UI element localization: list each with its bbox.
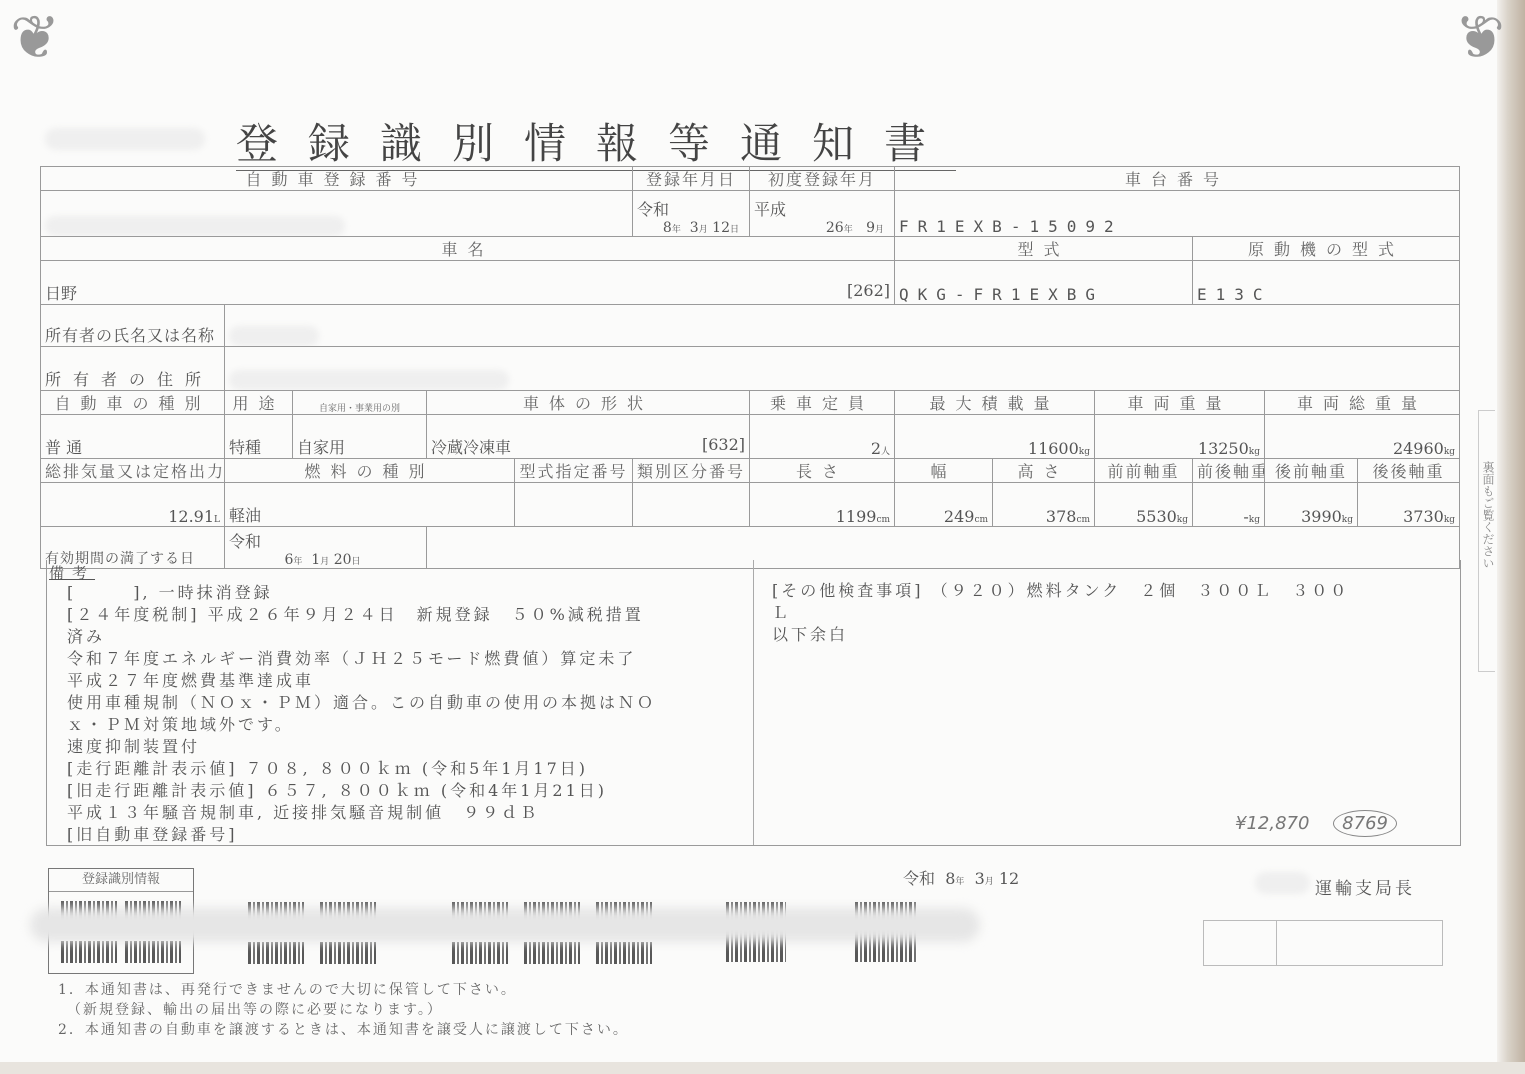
redacted-area [1255, 872, 1310, 894]
owner-name-value [225, 305, 1460, 347]
header-type-designation: 型式指定番号 [515, 459, 633, 483]
header-purpose: 用途 [225, 391, 293, 415]
model-value: QKG-FR1EXBG [895, 261, 1193, 305]
header-ff-axle: 前前軸重 [1095, 459, 1193, 483]
qr-code-icon [320, 942, 376, 964]
header-capacity: 乗車定員 [750, 391, 895, 415]
header-vehicle-class: 自動車の種別 [41, 391, 225, 415]
ornament-corner-icon: ❦ [1425, 8, 1505, 128]
text-line: Ｌ [772, 602, 1452, 624]
registration-form: 自動車登録番号 登録年月日 初度登録年月 車台番号 令和 8年 3月 12日 平… [40, 166, 1460, 569]
header-rr-axle: 後後軸重 [1358, 459, 1460, 483]
text-line: [その他検査事項] （９２０）燃料タンク ２個 ３００Ｌ ３００ [772, 580, 1452, 602]
redacted-area [45, 128, 205, 150]
handwritten-note: ¥12,870 8769 [1235, 810, 1397, 837]
header-engine-model: 原動機の型式 [1193, 237, 1460, 261]
header-displacement: 総排気量又は定格出力 [41, 459, 225, 483]
label-owner-name: 所有者の氏名又は名称 [41, 305, 225, 347]
header-length: 長さ [750, 459, 895, 483]
header-rf-axle: 後前軸重 [1265, 459, 1358, 483]
label-owner-address: 所有者の住所 [41, 347, 225, 391]
header-first-reg: 初度登録年月 [750, 167, 895, 191]
text-line: 平成１３年騒音規制車, 近接排気騒音規制値 ９９ｄＢ [67, 802, 656, 824]
first-reg-value: 平成 26年 9月 [750, 191, 895, 237]
text-line: （新規登録、輸出の届出等の際に必要になります。） [58, 1000, 629, 1020]
header-fuel-type: 燃料の種別 [225, 459, 515, 483]
type-designation-value [515, 483, 633, 527]
qr-code-icon [596, 942, 652, 964]
text-line: 平成２７年度燃費基準達成車 [67, 670, 656, 692]
remarks-right-lines: [その他検査事項] （９２０）燃料タンク ２個 ３００Ｌ ３００Ｌ以下余白 [772, 580, 1452, 646]
car-name-value: 日野[262] [41, 261, 895, 305]
owner-address-value [225, 347, 1460, 391]
text-line: [走行距離計表示値] ７０８, ８００ｋｍ (令和5年1月17日) [67, 758, 656, 780]
text-line: 速度抑制装置付 [67, 736, 656, 758]
header-private-business: 自家用・事業用の別 [293, 391, 427, 415]
reg-date-value: 令和 8年 3月 12日 [633, 191, 750, 237]
header-fr-axle: 前後軸重 [1193, 459, 1265, 483]
redacted-area [30, 908, 980, 942]
max-load-value: 11600kg [895, 415, 1095, 459]
text-line: [旧自動車登録番号] [67, 824, 656, 846]
header-category-number: 類別区分番号 [633, 459, 750, 483]
header-gross-weight: 車両総重量 [1265, 391, 1460, 415]
paper-shadow [0, 1062, 1525, 1074]
header-reg-number: 自動車登録番号 [41, 167, 633, 191]
header-height: 高さ [993, 459, 1095, 483]
qr-code-icon [524, 942, 580, 964]
header-max-load: 最大積載量 [895, 391, 1095, 415]
text-line: 以下余白 [772, 624, 1452, 646]
header-body-shape: 車体の形状 [427, 391, 750, 415]
fuel-type-value: 軽油 [225, 483, 515, 527]
remarks-title: 備考 [49, 562, 95, 583]
ff-axle-value: 5530kg [1095, 483, 1193, 527]
body-shape-value: 冷蔵冷凍車[632] [427, 415, 750, 459]
text-line: ｘ・ＰＭ対策地域外です。 [67, 714, 656, 736]
header-reg-date: 登録年月日 [633, 167, 750, 191]
vehicle-weight-value: 13250kg [1095, 415, 1265, 459]
length-value: 1199cm [750, 483, 895, 527]
remarks-left: 備考 [ ], 一時抹消登録[２４年度税制] 平成２６年９月２４日 新規登録 ５… [47, 560, 754, 845]
text-line: 1．本通知書は、再発行できませんので大切に保管して下さい。 [58, 980, 629, 1000]
remarks-section: 備考 [ ], 一時抹消登録[２４年度税制] 平成２６年９月２４日 新規登録 ５… [46, 560, 1461, 846]
text-line: 使用車種規制（ＮＯｘ・ＰＭ）適合。この自動車の使用の本拠はＮＯ [67, 692, 656, 714]
header-width: 幅 [895, 459, 993, 483]
width-value: 249cm [895, 483, 993, 527]
rf-axle-value: 3990kg [1265, 483, 1358, 527]
qr-code-icon [125, 941, 181, 963]
purpose-value: 特種 [225, 415, 293, 459]
footer-notes: 1．本通知書は、再発行できませんので大切に保管して下さい。 （新規登録、輸出の届… [58, 980, 629, 1040]
handwritten-amount: ¥12,870 [1235, 813, 1309, 834]
text-line: 2．本通知書の自動車を譲渡するときは、本通知書を譲受人に譲渡して下さい。 [58, 1020, 629, 1040]
engine-model-value: E13C [1193, 261, 1460, 305]
text-line: [ ], 一時抹消登録 [67, 582, 656, 604]
header-model: 型式 [895, 237, 1193, 261]
ornament-corner-icon: ❦ [10, 8, 90, 128]
header-vehicle-weight: 車両重量 [1095, 391, 1265, 415]
displacement-value: 12.91L [41, 483, 225, 527]
private-business-value: 自家用 [293, 415, 427, 459]
header-car-name: 車名 [41, 237, 895, 261]
height-value: 378cm [993, 483, 1095, 527]
gross-weight-value: 24960kg [1265, 415, 1460, 459]
fr-axle-value: -kg [1193, 483, 1265, 527]
text-line: [２４年度税制] 平成２６年９月２４日 新規登録 ５０%減税措置 [67, 604, 656, 626]
remarks-left-lines: [ ], 一時抹消登録[２４年度税制] 平成２６年９月２４日 新規登録 ５０%減… [67, 582, 656, 846]
handwritten-circled-number: 8769 [1333, 810, 1397, 837]
issuer-name: 運輸支局長 [1315, 874, 1415, 899]
paper-edge [1497, 0, 1525, 1074]
reg-number-value [41, 191, 633, 237]
stamp-box [1203, 920, 1443, 966]
qr-code-icon [61, 941, 117, 963]
issue-date: 令和 8年 3月 12 [903, 866, 1019, 889]
vehicle-class-value: 普 通 [41, 415, 225, 459]
side-note: 裏面もご覧ください [1478, 410, 1495, 672]
category-number-value [633, 483, 750, 527]
document-title: 登録識別情報等通知書 [236, 118, 956, 171]
qr-code-icon [248, 942, 304, 964]
header-chassis: 車台番号 [895, 167, 1460, 191]
text-line: [旧走行距離計表示値] ６５７, ８００ｋｍ (令和4年1月21日) [67, 780, 656, 802]
text-line: 令和７年度エネルギー消費効率（ＪＨ２５モード燃費値）算定未了 [67, 648, 656, 670]
text-line: 済み [67, 626, 656, 648]
chassis-value: FR1EXB-15092 [895, 191, 1460, 237]
rr-axle-value: 3730kg [1358, 483, 1460, 527]
qr-label: 登録識別情報 [49, 869, 193, 892]
qr-code-icon [452, 942, 508, 964]
capacity-value: 2人 [750, 415, 895, 459]
